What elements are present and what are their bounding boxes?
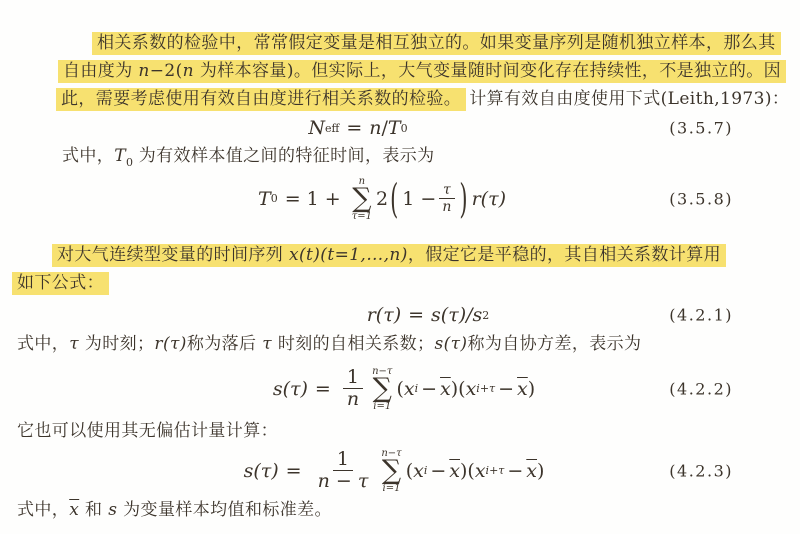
big-right-paren: )	[459, 176, 467, 222]
subscript-0: 0	[401, 122, 408, 135]
fraction-one-over-n-minus-tau: 1 n − τ	[314, 449, 373, 494]
frac-numerator-tau: τ	[439, 182, 455, 199]
big-left-paren: (	[390, 176, 398, 222]
x-bar: x	[526, 460, 537, 482]
equals-sign: =	[346, 117, 362, 139]
one-minus: 1 −	[402, 188, 436, 210]
frac-numerator-1: 1	[343, 367, 363, 390]
highlight-band: 相关系数的检验中，常常假定变量是相互独立的。如果变量序列是随机独立样本，那么其	[92, 32, 781, 55]
s-tau-term: s(τ)	[434, 334, 467, 354]
autocorrelation-term: r(τ)	[472, 188, 506, 210]
para1-line3-plain-text: 计算有效自由度使用下式(Leith,1973)：	[469, 89, 789, 109]
subscript-i: i	[424, 464, 428, 477]
x-bar: x	[517, 378, 528, 400]
equation-358-label: (3.5.8)	[669, 190, 733, 209]
equation-423: s(τ) = 1 n − τ n−τ ∑ i=1 (xi−x)(xi+τ−x)	[244, 448, 545, 494]
equation-422-row: s(τ) = 1 n n−τ ∑ i=1 (xi−x)(xi+τ−x) (4.2…	[0, 360, 800, 418]
equation-422-label: (4.2.2)	[669, 380, 733, 399]
highlight-band: 自由度为 n−2(n 为样本容量)。但实际上，大气变量随时间变化存在持续性，不是…	[58, 60, 786, 83]
para2-line1-post: ，假定它是平稳的，其自相关系数计算用	[408, 245, 721, 265]
highlight-band: 如下公式：	[12, 272, 109, 295]
para1-line2: 自由度为 n−2(n 为样本容量)。但实际上，大气变量随时间变化存在持续性，不是…	[58, 58, 786, 85]
frac-numerator-1: 1	[333, 449, 353, 472]
final-desc-line: 式中，x 和 s 为变量样本均值和标准差。	[17, 497, 332, 524]
summation: n−τ ∑ i=1	[381, 448, 401, 494]
scanned-textbook-page: 相关系数的检验中，常常假定变量是相互独立的。如果变量序列是随机独立样本，那么其 …	[0, 0, 800, 534]
subscript-i-plus-tau: i+τ	[476, 382, 495, 395]
left-paren: (	[396, 378, 403, 400]
equation-358-row: T0 = 1 + n ∑ τ=1 2 ( 1 − τ n ) r(τ) (3.5…	[0, 168, 800, 230]
var-x: x	[404, 378, 415, 400]
subscript-i: i	[415, 382, 419, 395]
var-s: s	[108, 500, 117, 520]
paren-pair: )(	[451, 378, 466, 400]
equation-423-row: s(τ) = 1 n − τ n−τ ∑ i=1 (xi−x)(xi+τ−x) …	[0, 440, 800, 502]
desc-tau-s1: 式中，	[17, 334, 69, 354]
var-T: T	[388, 117, 401, 139]
minus-sign: −	[421, 378, 437, 400]
para1-line1-text: 相关系数的检验中，常常假定变量是相互独立的。如果变量序列是随机独立样本，那么其	[97, 33, 776, 53]
x-bar: x	[440, 378, 451, 400]
equation-358: T0 = 1 + n ∑ τ=1 2 ( 1 − τ n ) r(τ)	[258, 176, 506, 222]
sum-lower-limit: i=1	[373, 401, 391, 412]
para1-line1: 相关系数的检验中，常常假定变量是相互独立的。如果变量序列是随机独立样本，那么其	[92, 30, 781, 57]
left-paren: (	[406, 460, 413, 482]
para1-line2-post: 为样本容量)。但实际上，大气变量随时间变化存在持续性，不是独立的。因	[194, 61, 781, 81]
subscript-i-plus-tau: i+τ	[486, 464, 505, 477]
superscript-2: 2	[482, 309, 489, 322]
frac-denominator-n: n	[438, 199, 455, 215]
sigma-icon: ∑	[382, 459, 401, 483]
var-T: T	[258, 188, 271, 210]
desc-tau-s3: 称为落后	[187, 334, 262, 354]
right-paren: )	[528, 378, 535, 400]
equation-423-label: (4.2.3)	[669, 462, 733, 481]
var-n: n	[138, 61, 149, 81]
subscript-0: 0	[271, 192, 278, 205]
lhs-r-tau: r(τ)	[367, 304, 401, 326]
var-N: N	[308, 117, 325, 139]
highlight-band: 此，需要考虑使用有效自由度进行相关系数的检验。	[56, 88, 466, 111]
equation-422: s(τ) = 1 n n−τ ∑ i=1 (xi−x)(xi+τ−x)	[273, 366, 535, 412]
r-tau-term: r(τ)	[154, 334, 186, 354]
desc-tau-s4: 时刻的自相关系数；	[272, 334, 434, 354]
para2-line2-text: 如下公式：	[17, 273, 104, 293]
var-tau: τ	[69, 334, 79, 354]
para2-line1: 对大气连续型变量的时间序列 x(t)(t=1,…,n)，假定它是平稳的，其自相关…	[52, 242, 726, 269]
frac-denominator-n: n	[343, 389, 363, 411]
x-bar: x	[449, 460, 460, 482]
fraction-tau-over-n: τ n	[438, 182, 455, 215]
equals-sign: =	[408, 304, 424, 326]
coefficient-2: 2	[376, 188, 388, 210]
desc-tau-s2: 为时刻；	[79, 334, 154, 354]
final-desc-pre: 式中，	[17, 500, 69, 520]
lhs-s-tau: s(τ)	[244, 460, 279, 482]
sigma-icon: ∑	[373, 377, 392, 401]
final-desc-mid: 和	[79, 500, 108, 520]
minus-sign: −	[430, 460, 446, 482]
equation-421-label: (4.2.1)	[669, 306, 733, 325]
var-n: n	[369, 117, 381, 139]
time-series-notation: x(t)(t=1,…,n)	[289, 245, 408, 265]
final-desc-post: 为变量样本均值和标准差。	[117, 500, 332, 520]
desc-tau-s5: 称为自协方差，表示为	[467, 334, 641, 354]
equals-sign: =	[315, 378, 331, 400]
sum-lower-limit: i=1	[383, 483, 401, 494]
minus-sign: −	[498, 378, 514, 400]
highlight-band: 对大气连续型变量的时间序列 x(t)(t=1,…,n)，假定它是平稳的，其自相关…	[52, 244, 726, 267]
desc-tau-line: 式中，τ 为时刻；r(τ)称为落后 τ 时刻的自相关系数；s(τ)称为自协方差，…	[17, 331, 641, 358]
para1-line2-mid: −2(	[150, 61, 183, 81]
desc-t0-post: 为有效样本值之间的特征时间，表示为	[133, 146, 435, 166]
subscript-eff: eff	[325, 122, 339, 135]
para1-line3: 此，需要考虑使用有效自由度进行相关系数的检验。计算有效自由度使用下式(Leith…	[56, 86, 789, 113]
para1-line2-pre: 自由度为	[63, 61, 138, 81]
sum-lower-limit: τ=1	[352, 211, 372, 222]
var-x: x	[475, 460, 486, 482]
rhs-s-tau-over-s: s(τ)/s	[431, 304, 482, 326]
var-x: x	[413, 460, 424, 482]
summation: n−τ ∑ i=1	[372, 366, 392, 412]
equals-sign: =	[286, 460, 302, 482]
var-T: T	[114, 146, 126, 166]
lhs-s-tau: s(τ)	[273, 378, 308, 400]
equation-421: r(τ) = s(τ)/s2	[367, 304, 490, 326]
sigma-icon: ∑	[352, 187, 371, 211]
desc-t0-pre: 式中，	[62, 146, 114, 166]
equation-357-row: Neff = n/T0 (3.5.7)	[0, 112, 800, 144]
equation-421-row: r(τ) = s(τ)/s2 (4.2.1)	[0, 299, 800, 331]
frac-denominator-n-minus-tau: n − τ	[314, 471, 373, 493]
var-x: x	[466, 378, 477, 400]
equation-357: Neff = n/T0	[308, 117, 407, 139]
x-bar: x	[69, 500, 79, 520]
var-n: n	[183, 61, 194, 81]
minus-sign: −	[507, 460, 523, 482]
para2-line1-pre: 对大气连续型变量的时间序列	[57, 245, 289, 265]
var-tau: τ	[262, 334, 272, 354]
right-paren: )	[537, 460, 544, 482]
unbiased-line-text: 它也可以使用其无偏估计量计算：	[17, 421, 278, 441]
fraction-one-over-n: 1 n	[343, 367, 363, 412]
summation: n ∑ τ=1	[352, 176, 372, 222]
para1-line3-highlighted-text: 此，需要考虑使用有效自由度进行相关系数的检验。	[61, 89, 461, 109]
equation-357-label: (3.5.7)	[669, 119, 733, 138]
equals-one-plus: = 1 +	[285, 188, 341, 210]
para2-line2: 如下公式：	[12, 270, 109, 297]
paren-pair: )(	[460, 460, 475, 482]
